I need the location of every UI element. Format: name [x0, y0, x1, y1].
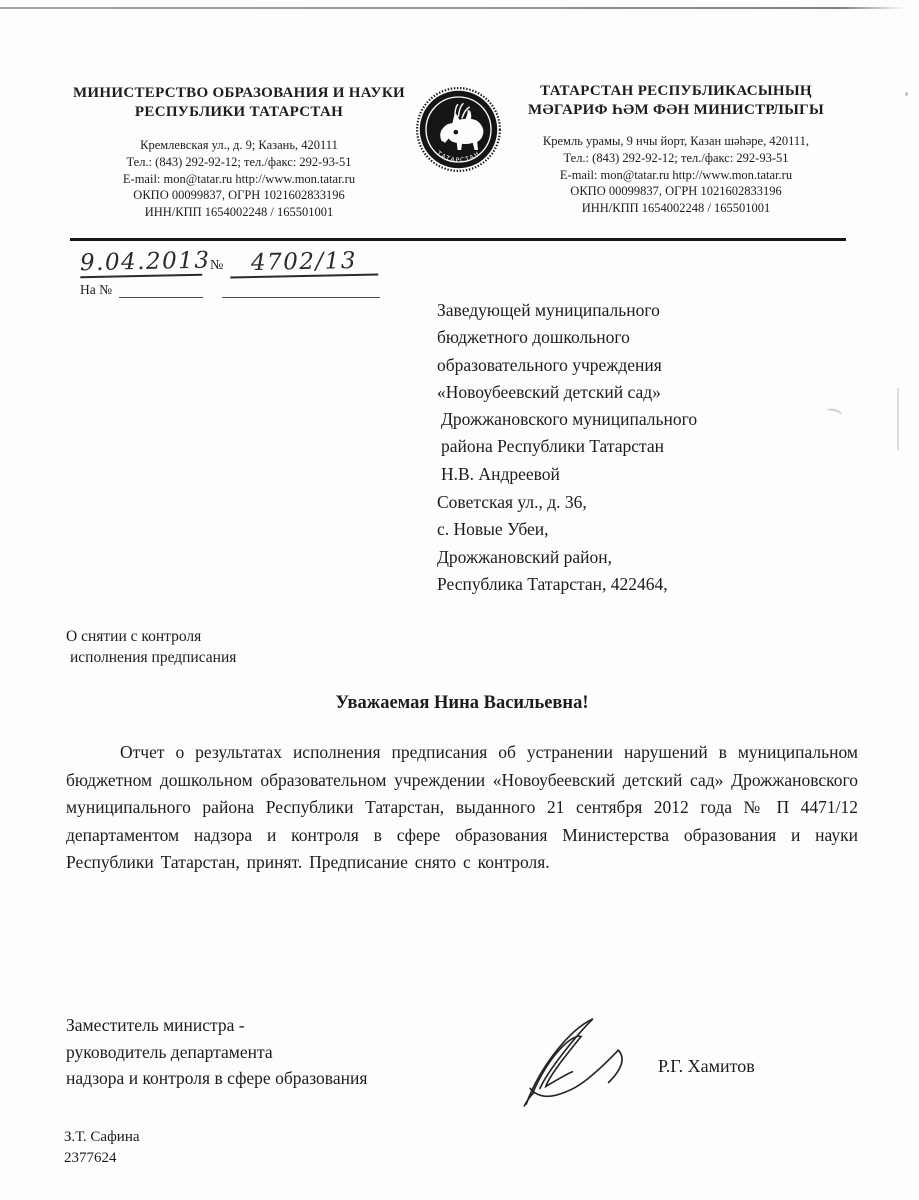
reply-number-blank: [119, 282, 203, 298]
address-line: Кремлевская ул., д. 9; Казань, 420111: [58, 137, 420, 154]
recipient-line: бюджетного дошкольного: [437, 324, 837, 351]
phone-line: Тел.: (843) 292-92-12; тел./факс: 292-93…: [492, 150, 860, 167]
scan-noise-speck: [905, 92, 908, 96]
inn-kpp-line: ИНН/КПП 1654002248 / 165501001: [492, 200, 860, 217]
okpo-ogrn-line: ОКПО 00099837, ОГРН 1021602833196: [58, 187, 420, 204]
ministry-contacts-tt: Кремль урамы, 9 нчы йорт, Казан шәһәре, …: [492, 133, 860, 217]
address-line: Республика Татарстан, 422464,: [437, 571, 837, 598]
address-line: с. Новые Убеи,: [437, 516, 837, 543]
scanned-letter-page: МИНИСТЕРСТВО ОБРАЗОВАНИЯ И НАУКИ РЕСПУБЛ…: [0, 0, 919, 1200]
recipient-line: Заведующей муниципального: [437, 297, 837, 324]
ministry-title-tt-line2: МӘГАРИФ ҺӘМ ФӘН МИНИСТРЛЫГЫ: [492, 101, 860, 120]
scan-edge-artifact: [0, 7, 905, 9]
address-line: Кремль урамы, 9 нчы йорт, Казан шәһәре, …: [492, 133, 860, 150]
ministry-title-ru-line2: РЕСПУБЛИКИ ТАТАРСТАН: [58, 103, 420, 122]
reply-to-label: На №: [80, 282, 112, 298]
recipient-block: Заведующей муниципального бюджетного дош…: [437, 297, 837, 488]
salutation: Уважаемая Нина Васильевна!: [66, 693, 858, 714]
number-sign-label: №: [210, 258, 223, 274]
letterhead-russian: МИНИСТЕРСТВО ОБРАЗОВАНИЯ И НАУКИ РЕСПУБЛ…: [58, 84, 420, 221]
scan-noise-streak: [897, 388, 899, 450]
signer-position-line: руководитель департамента: [66, 1039, 367, 1066]
tatarstan-emblem: ТАТАРСТАН: [414, 85, 503, 174]
email-line: E-mail: mon@tatar.ru http://www.mon.tata…: [58, 171, 420, 188]
signer-position-line: надзора и контроля в сфере образования: [66, 1065, 367, 1092]
letter-body-paragraph: Отчет о результатах исполнения предписан…: [66, 739, 858, 877]
recipient-name: Н.В. Андреевой: [437, 461, 837, 488]
subject-line: исполнения предписания: [66, 647, 236, 668]
tatarstan-coat-of-arms-icon: ТАТАРСТАН: [414, 85, 503, 174]
subject-line: О снятии с контроля: [66, 626, 236, 647]
recipient-line: Дрожжановского муниципального: [437, 406, 837, 433]
signature-stroke-icon: [518, 1010, 656, 1108]
recipient-address-block: Советская ул., д. 36, с. Новые Убеи, Дро…: [437, 489, 837, 598]
letterhead-divider-rule: [70, 238, 846, 241]
email-line: E-mail: mon@tatar.ru http://www.mon.tata…: [492, 167, 860, 184]
executor-phone: 2377624: [64, 1148, 140, 1169]
signer-position-line: Заместитель министра -: [66, 1012, 367, 1039]
executor-name: З.Т. Сафина: [64, 1127, 140, 1148]
reference-block: 9.04.2013 № 4702/13 На №: [80, 249, 380, 298]
address-line: Советская ул., д. 36,: [437, 489, 837, 516]
ministry-title-ru: МИНИСТЕРСТВО ОБРАЗОВАНИЯ И НАУКИ РЕСПУБЛ…: [58, 84, 420, 122]
subject-block: О снятии с контроля исполнения предписан…: [66, 626, 236, 668]
okpo-ogrn-line: ОКПО 00099837, ОГРН 1021602833196: [492, 183, 860, 200]
handwritten-signature: [518, 1010, 656, 1108]
ministry-title-tt: ТАТАРСТАН РЕСПУБЛИКАСЫНЫҢ МӘГАРИФ ҺӘМ ФӘ…: [492, 82, 860, 120]
date-number-row: 9.04.2013 № 4702/13: [80, 249, 380, 277]
handwritten-outgoing-number: 4702/13: [230, 247, 379, 278]
executor-block: З.Т. Сафина 2377624: [64, 1127, 140, 1168]
inn-kpp-line: ИНН/КПП 1654002248 / 165501001: [58, 204, 420, 221]
letterhead-tatar: ТАТАРСТАН РЕСПУБЛИКАСЫНЫҢ МӘГАРИФ ҺӘМ ФӘ…: [492, 82, 860, 217]
ministry-contacts-ru: Кремлевская ул., д. 9; Казань, 420111 Те…: [58, 137, 420, 221]
signer-position-block: Заместитель министра - руководитель депа…: [66, 1012, 367, 1092]
recipient-line: образовательного учреждения: [437, 352, 837, 379]
ministry-title-ru-line1: МИНИСТЕРСТВО ОБРАЗОВАНИЯ И НАУКИ: [58, 84, 420, 103]
address-line: Дрожжановский район,: [437, 544, 837, 571]
ministry-title-tt-line1: ТАТАРСТАН РЕСПУБЛИКАСЫНЫҢ: [492, 82, 860, 101]
signer-name: Р.Г. Хамитов: [658, 1056, 755, 1077]
handwritten-date: 9.04.2013: [80, 248, 203, 279]
phone-line: Тел.: (843) 292-92-12; тел./факс: 292-93…: [58, 154, 420, 171]
reply-date-blank: [222, 282, 380, 298]
recipient-line: «Новоубеевский детский сад»: [437, 379, 837, 406]
recipient-line: района Республики Татарстан: [437, 433, 837, 460]
reply-to-row: На №: [80, 282, 380, 298]
